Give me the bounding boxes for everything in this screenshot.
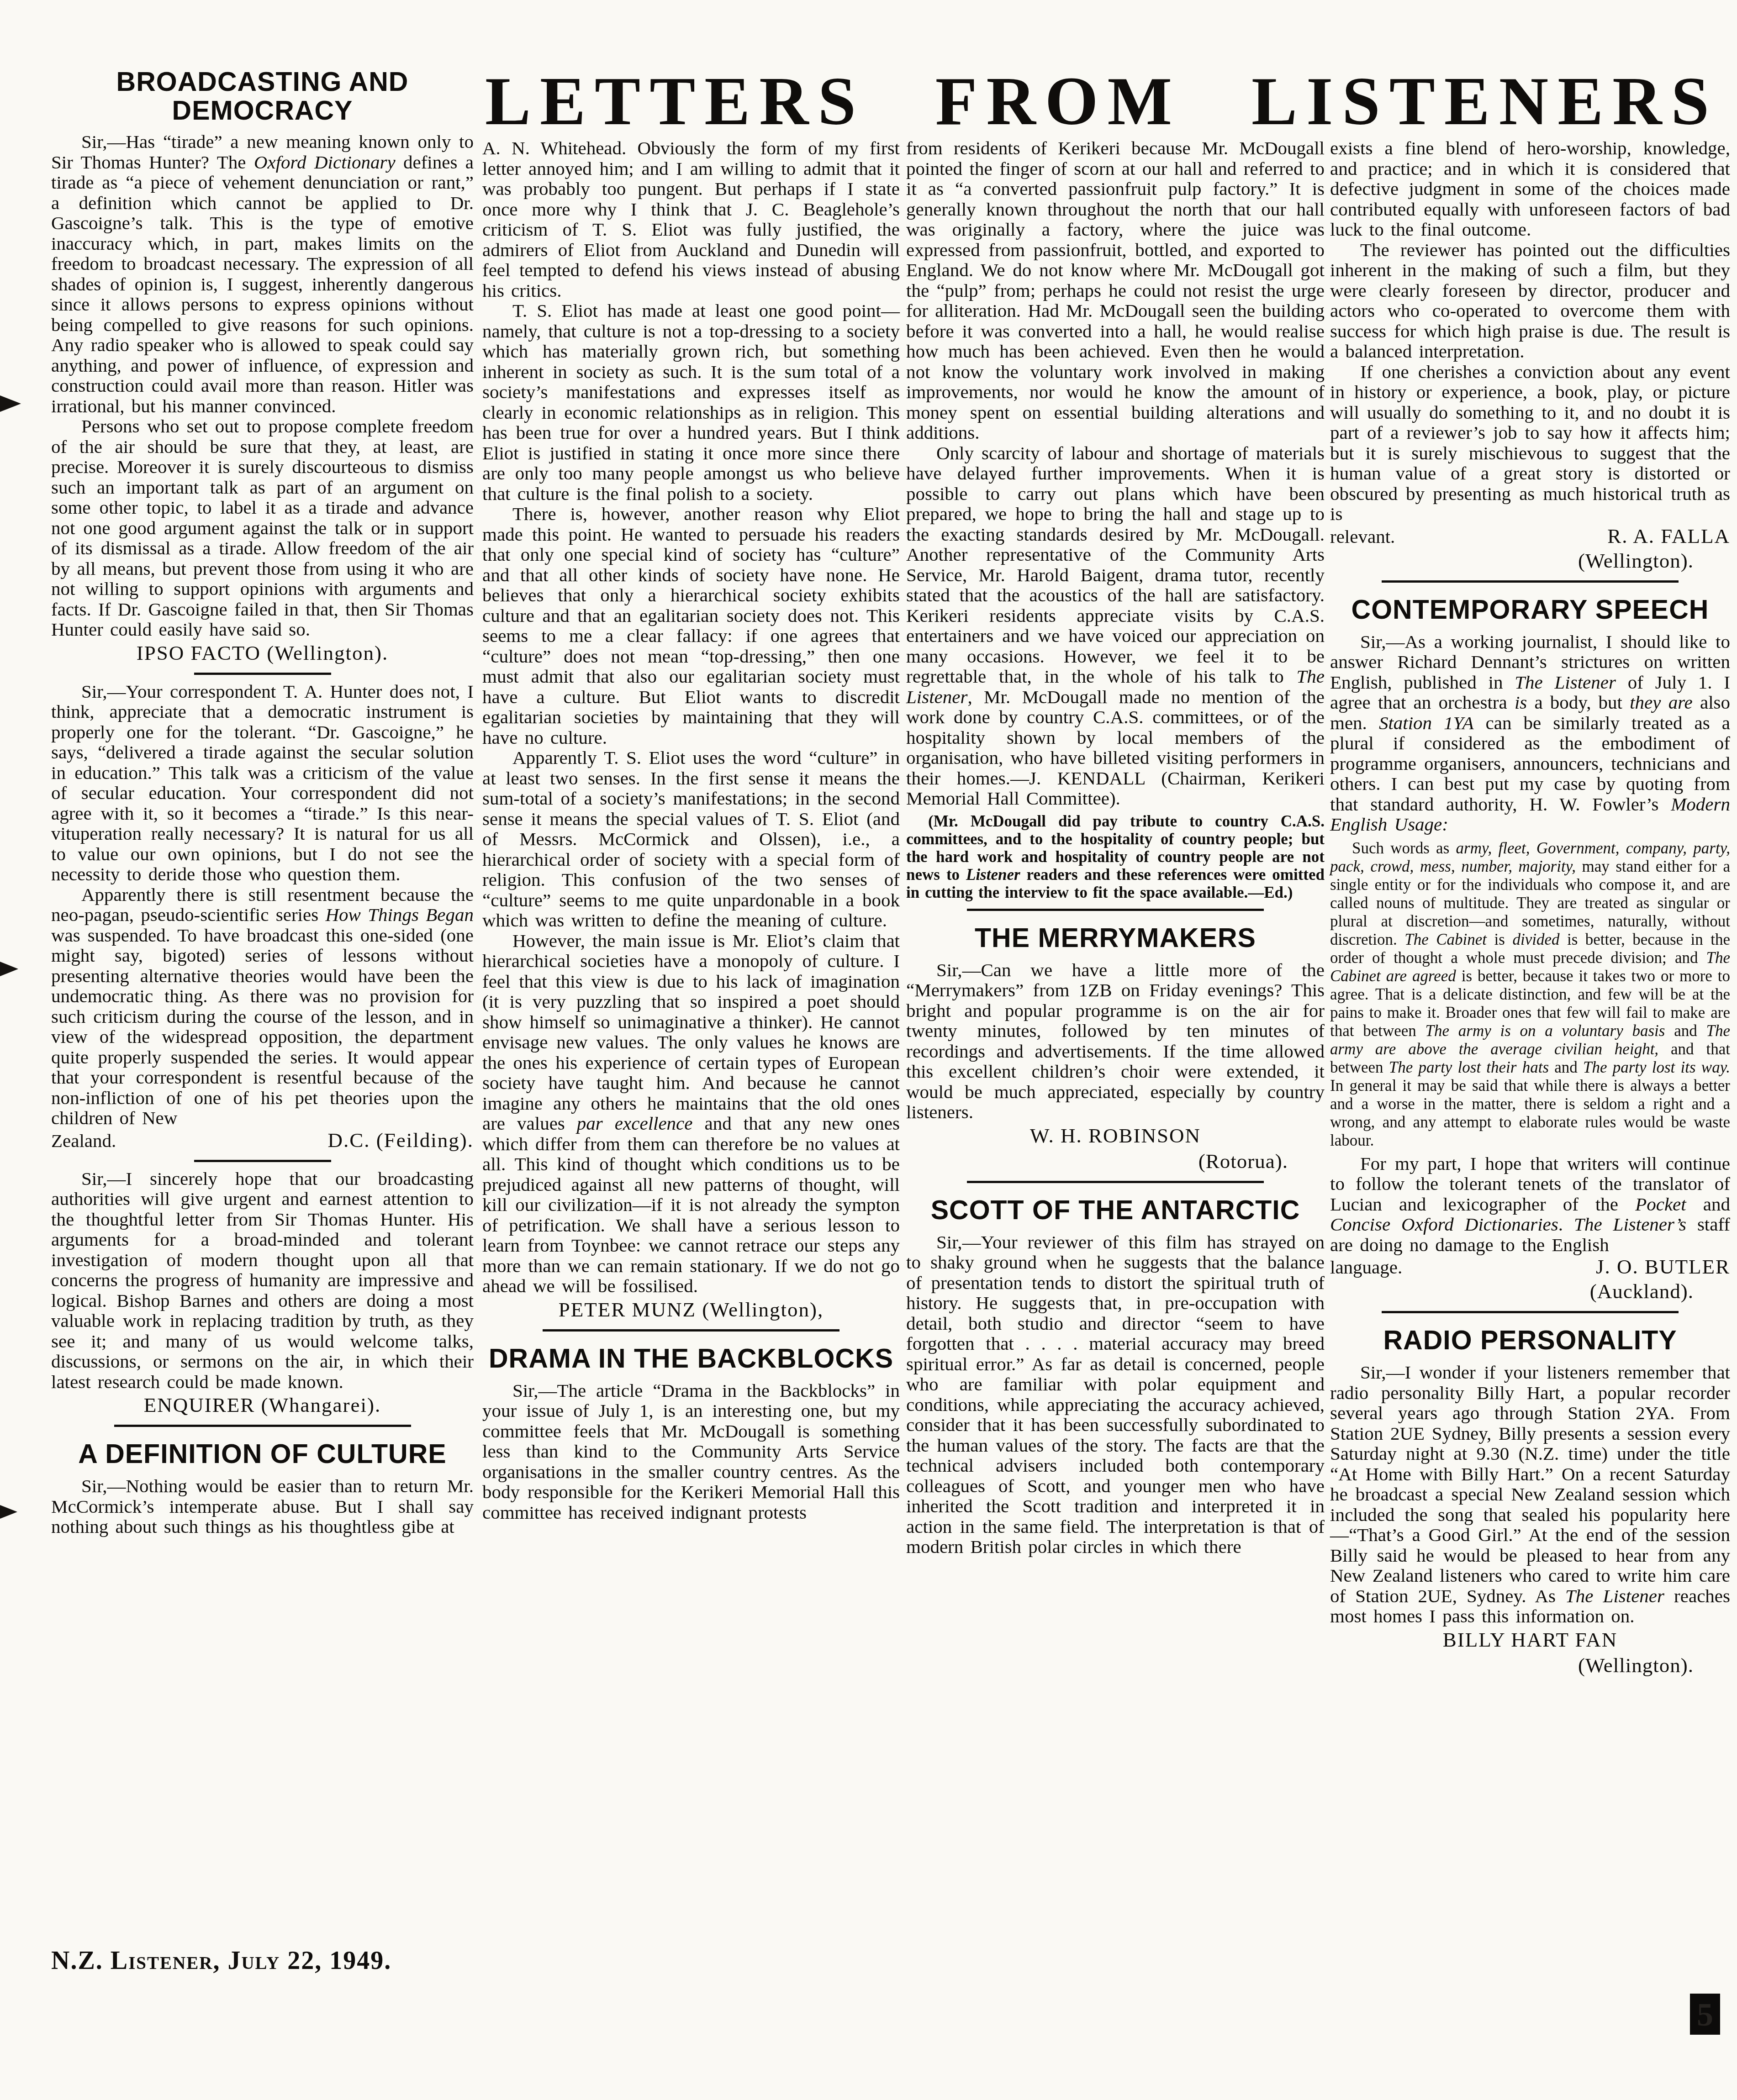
section-heading: A DEFINITION OF CULTURE <box>51 1440 474 1468</box>
column-3: from residents of Kerikeri because Mr. M… <box>906 138 1325 1557</box>
signature-place: (Auckland). <box>1330 1279 1730 1304</box>
section-heading: THE MERRYMAKERS <box>906 924 1325 953</box>
letter-paragraph: Sir,—Your reviewer of this film has stra… <box>906 1232 1325 1557</box>
signature-line: relevant.R. A. FALLA <box>1330 524 1730 548</box>
footer-date: N.Z. Listener, July 22, 1949. <box>51 1946 391 1975</box>
signature: ENQUIRER (Whangarei). <box>51 1393 474 1417</box>
newspaper-page: { "page": { "title_words": ["LETTERS", "… <box>0 0 1737 2100</box>
separator-rule <box>1382 1311 1679 1313</box>
letter-paragraph: Apparently T. S. Eliot uses the word “cu… <box>482 747 900 931</box>
letter-paragraph: Sir,—The article “Drama in the Backblock… <box>482 1380 900 1523</box>
paragraph-end: language. <box>1330 1255 1402 1279</box>
signature: PETER MUNZ (Wellington), <box>482 1297 900 1322</box>
letter-paragraph: The reviewer has pointed out the difficu… <box>1330 240 1730 362</box>
letter-paragraph: For my part, I hope that writers will co… <box>1330 1153 1730 1255</box>
page-title-word: FROM <box>935 67 1181 136</box>
separator-rule <box>194 673 331 675</box>
letter-paragraph: Apparently there is still resentment bec… <box>51 884 474 1128</box>
paragraph-end: Zealand. <box>51 1129 116 1153</box>
page-title-word: LISTENERS <box>1251 67 1718 136</box>
letter-paragraph: exists a fine blend of hero-worship, kno… <box>1330 138 1730 240</box>
section-heading: SCOTT OF THE ANTARCTIC <box>906 1196 1325 1225</box>
letter-paragraph: Sir,—Has “tirade” a new meaning known on… <box>51 132 474 416</box>
letter-paragraph: If one cherishes a conviction about any … <box>1330 362 1730 524</box>
ink-smudge <box>0 962 18 976</box>
letter-paragraph: However, the main issue is Mr. Eliot’s c… <box>482 931 900 1296</box>
column-1: BROADCASTING AND DEMOCRACYSir,—Has “tira… <box>51 68 474 1537</box>
letter-paragraph: Sir,—I sincerely hope that our broadcast… <box>51 1168 474 1392</box>
separator-rule <box>1382 580 1679 583</box>
section-heading: RADIO PERSONALITY <box>1330 1326 1730 1355</box>
editor-note: (Mr. McDougall did pay tribute to countr… <box>906 812 1325 901</box>
section-heading: BROADCASTING AND DEMOCRACY <box>98 68 427 125</box>
paragraph-end: relevant. <box>1330 525 1395 548</box>
letter-paragraph: There is, however, another reason why El… <box>482 504 900 747</box>
page-number: 5 <box>1690 1994 1720 2035</box>
page-title: LETTERS FROM LISTENERS <box>485 67 1718 136</box>
separator-rule <box>967 1181 1264 1183</box>
signature: BILLY HART FAN <box>1330 1627 1730 1652</box>
letter-paragraph: from residents of Kerikeri because Mr. M… <box>906 138 1325 443</box>
separator-rule <box>114 1425 411 1427</box>
signature-line: language.J. O. BUTLER <box>1330 1255 1730 1279</box>
separator-rule <box>194 1160 331 1162</box>
signature-place: (Wellington). <box>1330 548 1730 573</box>
letter-paragraph: Sir,—I wonder if your listeners remember… <box>1330 1362 1730 1626</box>
signature-place: (Rotorua). <box>906 1149 1325 1174</box>
signature-place: (Wellington). <box>1330 1653 1730 1678</box>
letter-paragraph: Sir,—Your correspondent T. A. Hunter doe… <box>51 681 474 884</box>
letter-paragraph: A. N. Whitehead. Obviously the form of m… <box>482 138 900 300</box>
separator-rule <box>543 1329 839 1332</box>
section-heading: CONTEMPORARY SPEECH <box>1330 595 1730 624</box>
letter-paragraph: Sir,—As a working journalist, I should l… <box>1330 632 1730 835</box>
signature: W. H. ROBINSON <box>906 1123 1325 1148</box>
letter-paragraph: Only scarcity of labour and shortage of … <box>906 443 1325 809</box>
signature-line: Zealand.D.C. (Feilding). <box>51 1128 474 1153</box>
column-4: exists a fine blend of hero-worship, kno… <box>1330 138 1730 1678</box>
ink-smudge <box>0 1505 17 1519</box>
separator-rule <box>967 909 1264 911</box>
ink-smudge <box>0 395 21 412</box>
page-title-word: LETTERS <box>485 67 865 136</box>
letter-paragraph: Sir,—Nothing would be easier than to ret… <box>51 1476 474 1537</box>
letter-paragraph: Sir,—Can we have a little more of the “M… <box>906 960 1325 1122</box>
signature: J. O. BUTLER <box>1596 1255 1730 1279</box>
quoted-extract: Such words as army, fleet, Government, c… <box>1330 839 1730 1150</box>
letter-paragraph: T. S. Eliot has made at least one good p… <box>482 300 900 504</box>
signature: D.C. (Feilding). <box>328 1128 474 1152</box>
signature: IPSO FACTO (Wellington). <box>51 641 474 665</box>
section-heading: DRAMA IN THE BACKBLOCKS <box>482 1344 900 1373</box>
letter-paragraph: Persons who set out to propose complete … <box>51 416 474 640</box>
column-2: A. N. Whitehead. Obviously the form of m… <box>482 138 900 1522</box>
signature: R. A. FALLA <box>1607 524 1730 548</box>
